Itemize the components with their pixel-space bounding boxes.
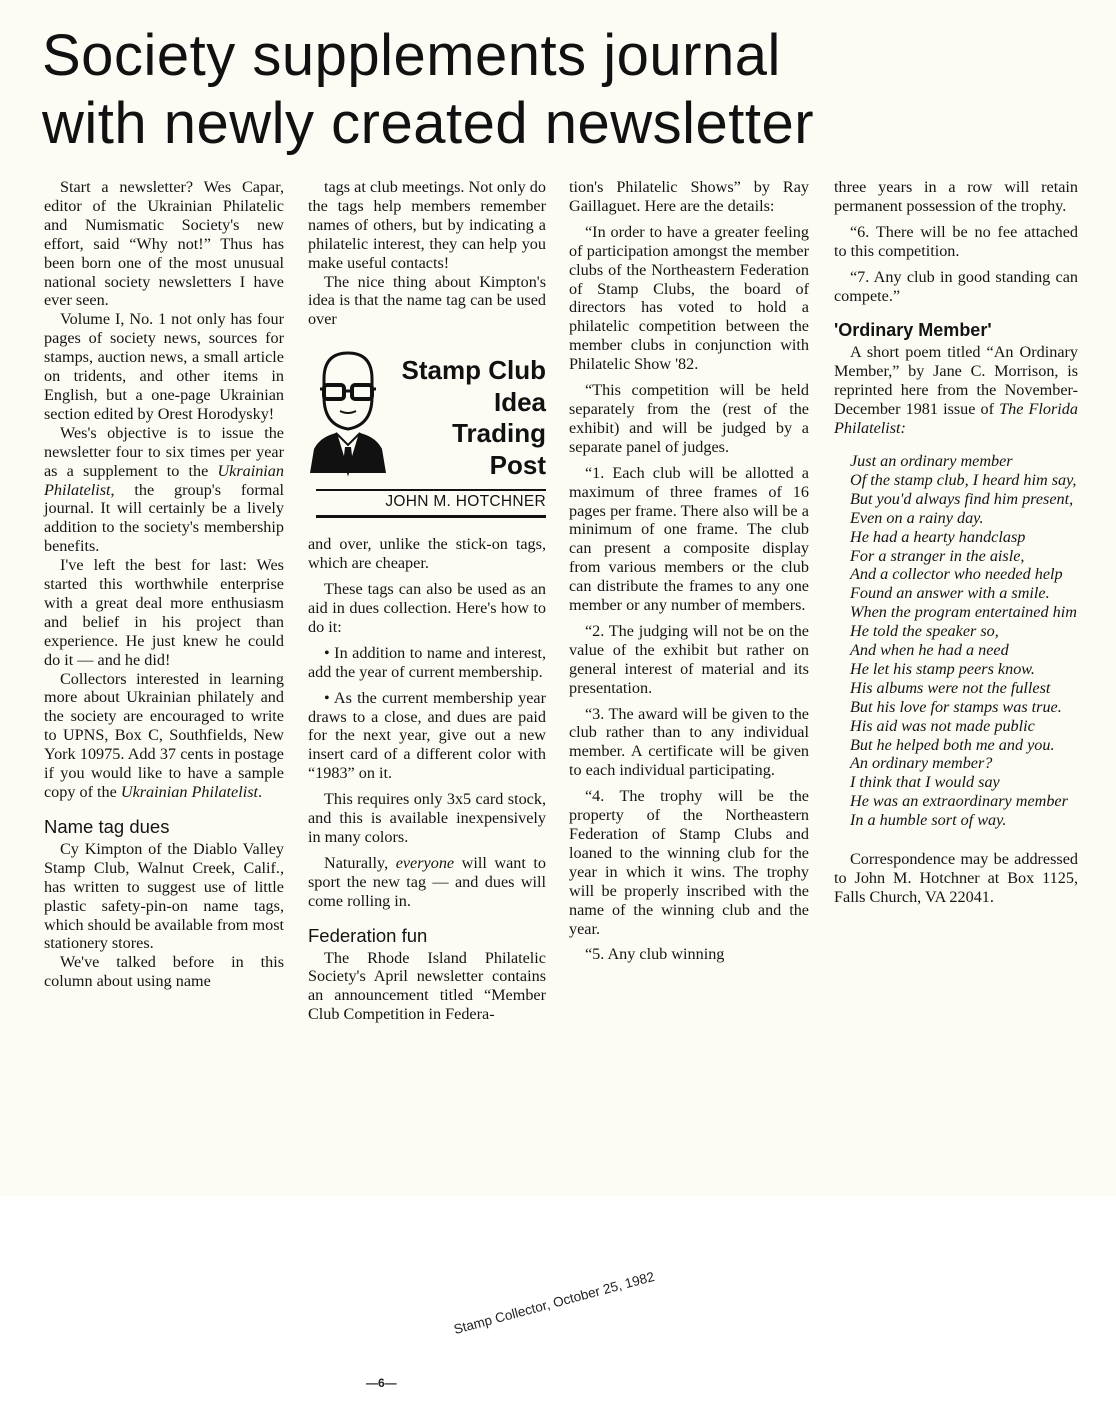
publication-title: Ukrainian Philatelist [121, 783, 258, 801]
paragraph: Cy Kimpton of the Diablo Valley Stamp Cl… [44, 840, 284, 953]
divider [316, 515, 546, 518]
paragraph: tags at club meetings. Not only do the t… [308, 178, 546, 273]
paragraph: tion's Philatelic Shows” by Ray Gaillagu… [569, 178, 809, 216]
rule-item-3: “3. The award will be given to the club … [569, 705, 809, 781]
headline-line-1: Society supplements journal [42, 23, 781, 88]
paragraph: three years in a row will retain permane… [834, 178, 1078, 216]
poem-line: He had a hearty handclasp [834, 528, 1078, 547]
poem-line: And when he had a need [834, 641, 1078, 660]
poem: Just an ordinary member Of the stamp clu… [834, 452, 1078, 830]
logo-title-line: Idea [402, 387, 546, 419]
paragraph: The nice thing about Kimpton's idea is t… [308, 273, 546, 330]
poem-line: He was an extraordinary member [834, 792, 1078, 811]
poem-line: For a stranger in the aisle, [834, 547, 1078, 566]
rule-item-6: “6. There will be no fee attached to thi… [834, 223, 1078, 261]
column-logo-title: Stamp Club Idea Trading Post [402, 355, 546, 481]
logo-title-line: Post [402, 450, 546, 482]
column-logo: Stamp Club Idea Trading Post JOHN M. HOT… [308, 335, 546, 523]
poem-line: He let his stamp peers know. [834, 660, 1078, 679]
paragraph: These tags can also be used as an aid in… [308, 580, 546, 637]
headline-line-2: with newly created newsletter [42, 91, 814, 156]
rule-item-1: “1. Each club will be allotted a maximum… [569, 464, 809, 615]
text: Collectors interested in learning more a… [44, 670, 284, 801]
column-author: JOHN M. HOTCHNER [385, 493, 546, 512]
poem-line: Of the stamp club, I heard him say, [834, 471, 1078, 490]
logo-title-line: Stamp Club [402, 355, 546, 387]
paragraph: Naturally, everyone will want to sport t… [308, 854, 546, 911]
rule-item-4: “4. The trophy will be the property of t… [569, 787, 809, 938]
poem-line: An ordinary member? [834, 754, 1078, 773]
paragraph: “In order to have a greater feeling of p… [569, 223, 809, 374]
poem-line: But you'd always find him present, [834, 490, 1078, 509]
subhead-ordinary-member: 'Ordinary Member' [834, 319, 1078, 341]
poem-line: He told the speaker so, [834, 622, 1078, 641]
paragraph: A short poem titled “An Ordinary Member,… [834, 343, 1078, 438]
poem-line: But his love for stamps was true. [834, 698, 1078, 717]
rule-item-5: “5. Any club winning [569, 945, 809, 964]
paragraph: Volume I, No. 1 not only has four pages … [44, 310, 284, 423]
divider [316, 489, 546, 491]
paragraph: Correspondence may be addressed to John … [834, 850, 1078, 907]
paragraph: “This competition will be held separatel… [569, 381, 809, 457]
paragraph: We've talked before in this column about… [44, 953, 284, 991]
article-column-1: Start a newsletter? Wes Capar, editor of… [44, 178, 284, 991]
poem-line: When the program entertained him [834, 603, 1078, 622]
paragraph: Wes's objective is to issue the newslett… [44, 424, 284, 556]
paragraph: Start a newsletter? Wes Capar, editor of… [44, 178, 284, 310]
paragraph: The Rhode Island Philatelic Society's Ap… [308, 949, 546, 1025]
emphasis: everyone [396, 854, 454, 872]
rule-item-2: “2. The judging will not be on the value… [569, 622, 809, 698]
bullet-paragraph: • As the current membership year draws t… [308, 689, 546, 784]
paragraph: This requires only 3x5 card stock, and t… [308, 790, 546, 847]
portrait-icon [310, 349, 386, 477]
poem-line: Even on a rainy day. [834, 509, 1078, 528]
poem-line: Just an ordinary member [834, 452, 1078, 471]
poem-line: His aid was not made public [834, 717, 1078, 736]
headline: Society supplements journal with newly c… [42, 22, 1102, 158]
rule-item-7: “7. Any club in good standing can compet… [834, 268, 1078, 306]
bullet-paragraph: • In addition to name and interest, add … [308, 644, 546, 682]
paragraph: and over, unlike the stick-on tags, whic… [308, 535, 546, 573]
poem-line: And a collector who needed help [834, 565, 1078, 584]
source-citation: Stamp Collector, October 25, 1982 [452, 1269, 656, 1337]
logo-title-line: Trading [402, 418, 546, 450]
paragraph: I've left the best for last: Wes started… [44, 556, 284, 669]
article-column-2: tags at club meetings. Not only do the t… [308, 178, 546, 1024]
article-column-4: three years in a row will retain permane… [834, 178, 1078, 907]
text: . [258, 783, 262, 801]
subhead-name-tag-dues: Name tag dues [44, 816, 284, 838]
paragraph: Collectors interested in learning more a… [44, 670, 284, 802]
article-column-3: tion's Philatelic Shows” by Ray Gaillagu… [569, 178, 809, 964]
poem-line: But he helped both me and you. [834, 736, 1078, 755]
poem-line: Found an answer with a smile. [834, 584, 1078, 603]
page-number: —6— [366, 1376, 397, 1390]
poem-line: In a humble sort of way. [834, 811, 1078, 830]
subhead-federation-fun: Federation fun [308, 925, 546, 947]
poem-line: I think that I would say [834, 773, 1078, 792]
text: Naturally, [324, 854, 396, 872]
poem-line: His albums were not the fullest [834, 679, 1078, 698]
